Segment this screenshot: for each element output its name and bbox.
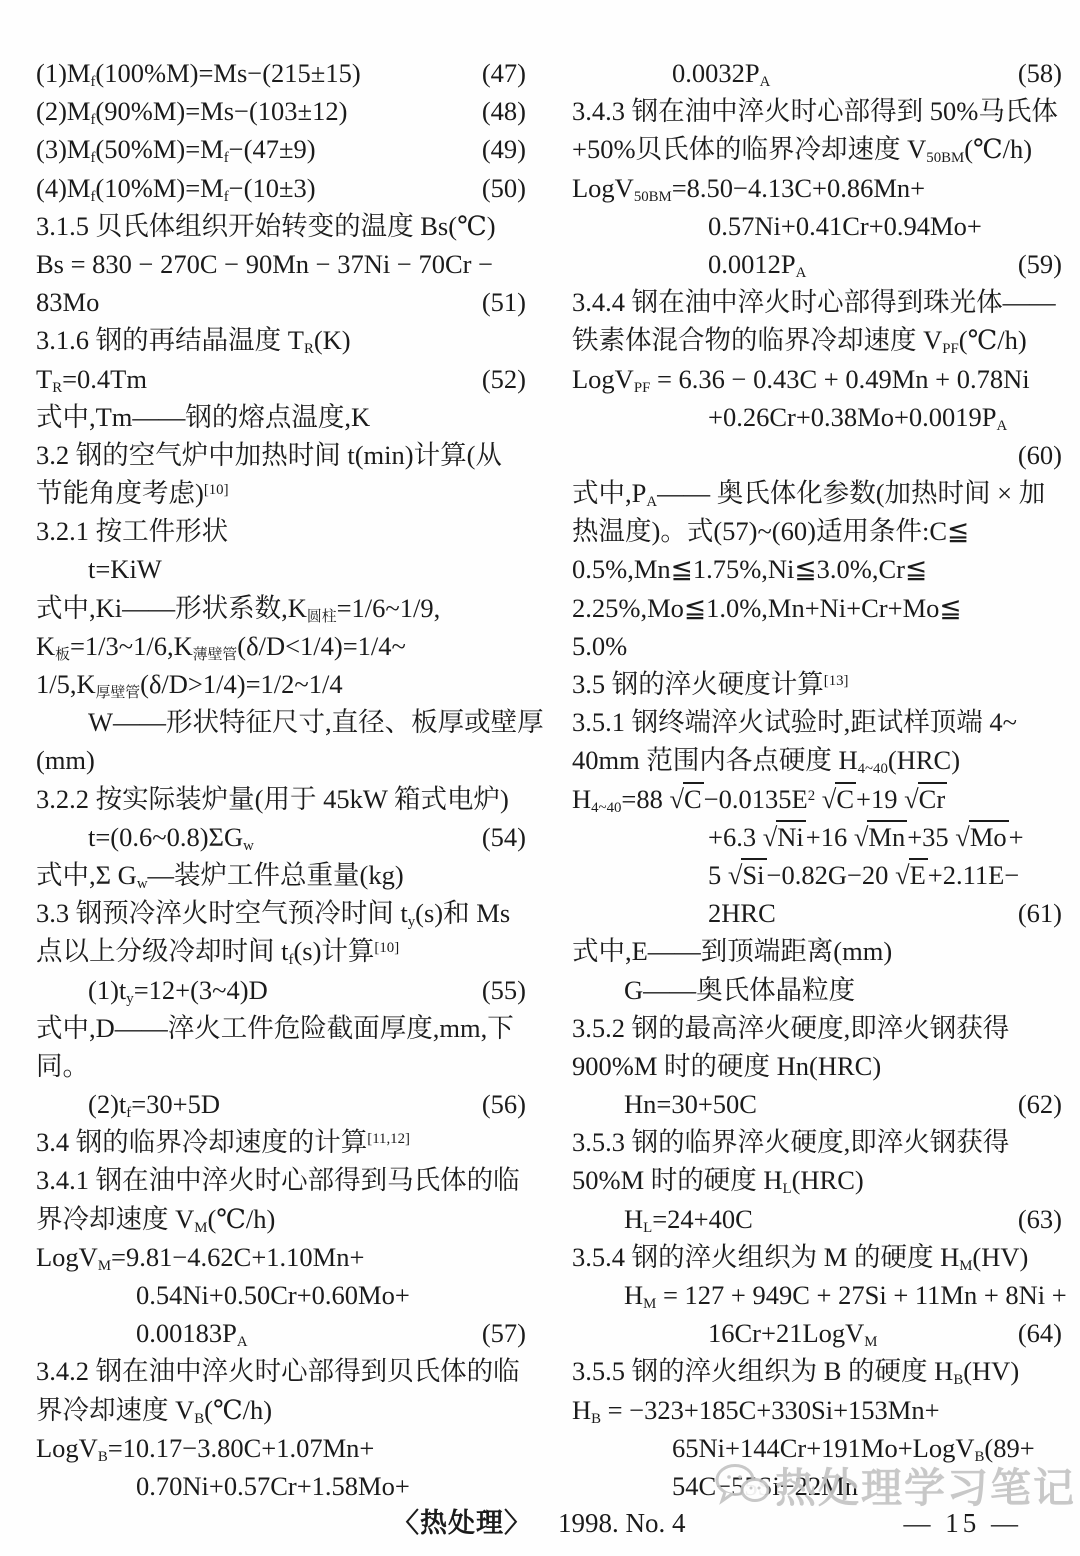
formula-text: LogVM=9.81−4.62C+1.10Mn+ — [36, 1238, 364, 1276]
text-line: 节能角度考虑)[10] — [36, 474, 526, 512]
text-line: t=KiW — [36, 550, 526, 588]
equation-number: (60) — [1010, 436, 1062, 474]
text-line: 式中,Ki——形状系数,K圆柱=1/6~1/9, — [36, 589, 526, 627]
formula-text: (3)Mf(50%M)=Mf−(47±9) — [36, 130, 316, 168]
formula-text: 式中,E——到顶端距离(mm) — [572, 932, 892, 970]
formula-text: 0.70Ni+0.57Cr+1.58Mo+ — [136, 1467, 410, 1505]
right-column: 0.0032PA(58)3.4.3 钢在油中淬火时心部得到 50%马氏体+50%… — [572, 54, 1062, 1505]
text-line: 式中,Σ Gw—装炉工件总重量(kg) — [36, 856, 526, 894]
formula-text: 3.4.4 钢在油中淬火时心部得到珠光体—— — [572, 283, 1056, 321]
text-line: 3.1.6 钢的再结晶温度 TR(K) — [36, 321, 526, 359]
equation-number: (48) — [474, 92, 526, 130]
formula-text: 铁素体混合物的临界冷却速度 VPF(℃/h) — [572, 321, 1027, 359]
text-line: 65Ni+144Cr+191Mo+LogVB(89+ — [572, 1429, 1062, 1467]
formula-text: 式中,Σ Gw—装炉工件总重量(kg) — [36, 856, 404, 894]
formula-text: (2)tf=30+5D — [88, 1085, 220, 1123]
text-line: LogV50BM=8.50−4.13C+0.86Mn+ — [572, 169, 1062, 207]
text-line: G——奥氏体晶粒度 — [572, 971, 1062, 1009]
page-body: (1)Mf(100%M)=Ms−(215±15)(47)(2)Mf(90%M)=… — [0, 0, 1080, 1505]
formula-text: Hn=30+50C — [624, 1085, 757, 1123]
formula-text: 3.5.4 钢的淬火组织为 M 的硬度 HM(HV) — [572, 1238, 1028, 1276]
formula-text: +6.3 √Ni+16 √Mn+35 √Mo+ — [708, 818, 1024, 856]
text-line: HL=24+40C(63) — [572, 1200, 1062, 1238]
text-line: 3.1.5 贝氏体组织开始转变的温度 Bs(℃) — [36, 207, 526, 245]
formula-text: 5.0% — [572, 627, 627, 665]
text-line: 54C−55Si−22Mn — [572, 1467, 1062, 1505]
formula-text: 3.5.1 钢终端淬火试验时,距试样顶端 4~ — [572, 703, 1017, 741]
formula-text: 式中,Ki——形状系数,K圆柱=1/6~1/9, — [36, 589, 440, 627]
text-line: 1/5,K厚壁管(δ/D>1/4)=1/2~1/4 — [36, 665, 526, 703]
text-line: 0.70Ni+0.57Cr+1.58Mo+ — [36, 1467, 526, 1505]
text-line: 0.00183PA(57) — [36, 1314, 526, 1352]
text-line: 式中,D——淬火工件危险截面厚度,mm,下 — [36, 1009, 526, 1047]
text-line: (2)tf=30+5D(56) — [36, 1085, 526, 1123]
formula-text: t=(0.6~0.8)ΣGw — [88, 818, 254, 856]
text-line: +0.26Cr+0.38Mo+0.0019PA — [572, 398, 1062, 436]
text-line: +6.3 √Ni+16 √Mn+35 √Mo+ — [572, 818, 1062, 856]
formula-text: 0.54Ni+0.50Cr+0.60Mo+ — [136, 1276, 410, 1314]
formula-text: HM = 127 + 949C + 27Si + 11Mn + 8Ni + — [624, 1276, 1067, 1314]
formula-text: 54C−55Si−22Mn — [672, 1467, 858, 1505]
equation-number: (61) — [1010, 894, 1062, 932]
formula-text: 同。 — [36, 1047, 89, 1085]
formula-text: 点以上分级冷却时间 tf(s)计算[10] — [36, 932, 399, 970]
text-line: LogVPF = 6.36 − 0.43C + 0.49Mn + 0.78Ni — [572, 360, 1062, 398]
formula-text: 3.2 钢的空气炉中加热时间 t(min)计算(从 — [36, 436, 502, 474]
text-line: 16Cr+21LogVM(64) — [572, 1314, 1062, 1352]
text-line: Bs = 830 − 270C − 90Mn − 37Ni − 70Cr − — [36, 245, 526, 283]
formula-text: 3.2.2 按实际装炉量(用于 45kW 箱式电炉) — [36, 780, 509, 818]
equation-number: (63) — [1010, 1200, 1062, 1238]
formula-text: LogVPF = 6.36 − 0.43C + 0.49Mn + 0.78Ni — [572, 360, 1030, 398]
formula-text: 0.57Ni+0.41Cr+0.94Mo+ — [708, 207, 982, 245]
equation-number: (64) — [1010, 1314, 1062, 1352]
page-footer: 〈热处理〉 1998. No. 4 — 15 — — [0, 1501, 1080, 1540]
text-line: 40mm 范围内各点硬度 H4~40(HRC) — [572, 741, 1062, 779]
formula-text: 界冷却速度 VB(℃/h) — [36, 1391, 272, 1429]
text-line: 3.4.4 钢在油中淬火时心部得到珠光体—— — [572, 283, 1062, 321]
equation-number: (59) — [1010, 245, 1062, 283]
text-line: 3.5 钢的淬火硬度计算[13] — [572, 665, 1062, 703]
formula-text: 节能角度考虑)[10] — [36, 474, 229, 512]
formula-text: 65Ni+144Cr+191Mo+LogVB(89+ — [672, 1429, 1035, 1467]
formula-text: 3.4.2 钢在油中淬火时心部得到贝氏体的临 — [36, 1352, 520, 1390]
formula-text: 16Cr+21LogVM — [708, 1314, 877, 1352]
formula-text: (4)Mf(10%M)=Mf−(10±3) — [36, 169, 316, 207]
formula-text: (2)Mf(90%M)=Ms−(103±12) — [36, 92, 347, 130]
text-line: 点以上分级冷却时间 tf(s)计算[10] — [36, 932, 526, 970]
text-line: K板=1/3~1/6,K薄壁管(δ/D<1/4)=1/4~ — [36, 627, 526, 665]
page-number: — 15 — — [904, 1508, 1023, 1539]
text-line: 界冷却速度 VB(℃/h) — [36, 1391, 526, 1429]
text-line: 3.3 钢预冷淬火时空气预冷时间 ty(s)和 Ms — [36, 894, 526, 932]
formula-text: 5 √Si−0.82G−20 √E+2.11E− — [708, 856, 1019, 894]
text-line: TR=0.4Tm(52) — [36, 360, 526, 398]
equation-number: (57) — [474, 1314, 526, 1352]
text-line: LogVM=9.81−4.62C+1.10Mn+ — [36, 1238, 526, 1276]
formula-text: 0.0032PA — [672, 54, 770, 92]
text-line: 3.4 钢的临界冷却速度的计算[11,12] — [36, 1123, 526, 1161]
text-line: 5.0% — [572, 627, 1062, 665]
text-line: 式中,E——到顶端距离(mm) — [572, 932, 1062, 970]
formula-text: 式中,D——淬火工件危险截面厚度,mm,下 — [36, 1009, 514, 1047]
formula-text: 热温度)。式(57)~(60)适用条件:C≦ — [572, 512, 969, 550]
text-line: (1)ty=12+(3~4)D(55) — [36, 971, 526, 1009]
formula-text: +50%贝氏体的临界冷却速度 V50BM(℃/h) — [572, 130, 1032, 168]
text-line: 2HRC(61) — [572, 894, 1062, 932]
text-line: H4~40=88 √C−0.0135E2 √C+19 √Cr — [572, 780, 1062, 818]
text-line: 式中,PA—— 奥氏体化参数(加热时间 × 加 — [572, 474, 1062, 512]
formula-text: W——形状特征尺寸,直径、板厚或壁厚 — [88, 703, 544, 741]
text-line: 0.54Ni+0.50Cr+0.60Mo+ — [36, 1276, 526, 1314]
formula-text: 式中,PA—— 奥氏体化参数(加热时间 × 加 — [572, 474, 1045, 512]
formula-text: 3.5 钢的淬火硬度计算[13] — [572, 665, 848, 703]
formula-text: 3.4.1 钢在油中淬火时心部得到马氏体的临 — [36, 1161, 520, 1199]
text-line: 3.2.1 按工件形状 — [36, 512, 526, 550]
formula-text: 83Mo — [36, 283, 99, 321]
formula-text: +0.26Cr+0.38Mo+0.0019PA — [708, 398, 1007, 436]
text-line: (3)Mf(50%M)=Mf−(47±9)(49) — [36, 130, 526, 168]
formula-text: 0.00183PA — [136, 1314, 248, 1352]
formula-text: 3.4.3 钢在油中淬火时心部得到 50%马氏体 — [572, 92, 1058, 130]
formula-text: 3.5.5 钢的淬火组织为 B 的硬度 HB(HV) — [572, 1352, 1019, 1390]
text-line: (60) — [572, 436, 1062, 474]
text-line: (4)Mf(10%M)=Mf−(10±3)(50) — [36, 169, 526, 207]
text-line: +50%贝氏体的临界冷却速度 V50BM(℃/h) — [572, 130, 1062, 168]
formula-text: 3.4 钢的临界冷却速度的计算[11,12] — [36, 1123, 410, 1161]
formula-text: 界冷却速度 VM(℃/h) — [36, 1200, 275, 1238]
formula-text: K板=1/3~1/6,K薄壁管(δ/D<1/4)=1/4~ — [36, 627, 406, 665]
formula-text: H4~40=88 √C−0.0135E2 √C+19 √Cr — [572, 780, 947, 818]
formula-text: 1/5,K厚壁管(δ/D>1/4)=1/2~1/4 — [36, 665, 343, 703]
text-line: 5 √Si−0.82G−20 √E+2.11E− — [572, 856, 1062, 894]
text-line: (2)Mf(90%M)=Ms−(103±12)(48) — [36, 92, 526, 130]
formula-text: 3.5.3 钢的临界淬火硬度,即淬火钢获得 — [572, 1123, 1009, 1161]
formula-text: G——奥氏体晶粒度 — [624, 971, 855, 1009]
text-line: HB = −323+185C+330Si+153Mn+ — [572, 1391, 1062, 1429]
text-line: 3.2.2 按实际装炉量(用于 45kW 箱式电炉) — [36, 780, 526, 818]
formula-text: 3.3 钢预冷淬火时空气预冷时间 ty(s)和 Ms — [36, 894, 510, 932]
formula-text: TR=0.4Tm — [36, 360, 147, 398]
formula-text: 3.1.6 钢的再结晶温度 TR(K) — [36, 321, 351, 359]
formula-text: (1)Mf(100%M)=Ms−(215±15) — [36, 54, 361, 92]
formula-text: LogVB=10.17−3.80C+1.07Mn+ — [36, 1429, 374, 1467]
formula-text: (1)ty=12+(3~4)D — [88, 971, 268, 1009]
formula-text: LogV50BM=8.50−4.13C+0.86Mn+ — [572, 169, 925, 207]
text-line: 900%M 时的硬度 Hn(HRC) — [572, 1047, 1062, 1085]
text-line: HM = 127 + 949C + 27Si + 11Mn + 8Ni + — [572, 1276, 1062, 1314]
text-line: 3.4.3 钢在油中淬火时心部得到 50%马氏体 — [572, 92, 1062, 130]
equation-number: (52) — [474, 360, 526, 398]
text-line: 0.0012PA(59) — [572, 245, 1062, 283]
text-line: 50%M 时的硬度 HL(HRC) — [572, 1161, 1062, 1199]
equation-number: (51) — [474, 283, 526, 321]
text-line: 3.4.2 钢在油中淬火时心部得到贝氏体的临 — [36, 1352, 526, 1390]
text-line: 铁素体混合物的临界冷却速度 VPF(℃/h) — [572, 321, 1062, 359]
formula-text: t=KiW — [88, 550, 162, 588]
text-line: 2.25%,Mo≦1.0%,Mn+Ni+Cr+Mo≦ — [572, 589, 1062, 627]
formula-text: 50%M 时的硬度 HL(HRC) — [572, 1161, 864, 1199]
text-line: 0.5%,Mn≦1.75%,Ni≦3.0%,Cr≦ — [572, 550, 1062, 588]
text-line: 3.5.2 钢的最高淬火硬度,即淬火钢获得 — [572, 1009, 1062, 1047]
formula-text: HL=24+40C — [624, 1200, 753, 1238]
formula-text: 式中,Tm——钢的熔点温度,K — [36, 398, 370, 436]
left-column: (1)Mf(100%M)=Ms−(215±15)(47)(2)Mf(90%M)=… — [36, 54, 526, 1505]
equation-number: (50) — [474, 169, 526, 207]
text-line: 同。 — [36, 1047, 526, 1085]
formula-text: Bs = 830 − 270C − 90Mn − 37Ni − 70Cr − — [36, 245, 493, 283]
text-line: 式中,Tm——钢的熔点温度,K — [36, 398, 526, 436]
text-line: 热温度)。式(57)~(60)适用条件:C≦ — [572, 512, 1062, 550]
text-line: 3.5.5 钢的淬火组织为 B 的硬度 HB(HV) — [572, 1352, 1062, 1390]
equation-number: (54) — [474, 818, 526, 856]
text-line: 3.5.1 钢终端淬火试验时,距试样顶端 4~ — [572, 703, 1062, 741]
equation-number: (47) — [474, 54, 526, 92]
equation-number: (55) — [474, 971, 526, 1009]
text-line: 3.4.1 钢在油中淬火时心部得到马氏体的临 — [36, 1161, 526, 1199]
formula-text: 3.1.5 贝氏体组织开始转变的温度 Bs(℃) — [36, 207, 496, 245]
text-line: LogVB=10.17−3.80C+1.07Mn+ — [36, 1429, 526, 1467]
issue-label: 1998. No. 4 — [558, 1508, 686, 1539]
text-line: (1)Mf(100%M)=Ms−(215±15)(47) — [36, 54, 526, 92]
equation-number: (56) — [474, 1085, 526, 1123]
formula-text: 2HRC — [708, 894, 776, 932]
formula-text: 2.25%,Mo≦1.0%,Mn+Ni+Cr+Mo≦ — [572, 589, 962, 627]
text-line: 界冷却速度 VM(℃/h) — [36, 1200, 526, 1238]
formula-text: 900%M 时的硬度 Hn(HRC) — [572, 1047, 881, 1085]
formula-text: 0.5%,Mn≦1.75%,Ni≦3.0%,Cr≦ — [572, 550, 927, 588]
formula-text: 3.2.1 按工件形状 — [36, 512, 228, 550]
equation-number: (58) — [1010, 54, 1062, 92]
equation-number: (49) — [474, 130, 526, 168]
formula-text: 40mm 范围内各点硬度 H4~40(HRC) — [572, 741, 960, 779]
text-line: t=(0.6~0.8)ΣGw(54) — [36, 818, 526, 856]
text-line: 0.0032PA(58) — [572, 54, 1062, 92]
equation-number: (62) — [1010, 1085, 1062, 1123]
journal-title: 〈热处理〉 — [392, 1501, 532, 1540]
formula-text: 3.5.2 钢的最高淬火硬度,即淬火钢获得 — [572, 1009, 1009, 1047]
text-line: (mm) — [36, 741, 526, 779]
formula-text: HB = −323+185C+330Si+153Mn+ — [572, 1391, 940, 1429]
text-line: 3.5.3 钢的临界淬火硬度,即淬火钢获得 — [572, 1123, 1062, 1161]
text-line: 3.5.4 钢的淬火组织为 M 的硬度 HM(HV) — [572, 1238, 1062, 1276]
text-line: 0.57Ni+0.41Cr+0.94Mo+ — [572, 207, 1062, 245]
text-line: 3.2 钢的空气炉中加热时间 t(min)计算(从 — [36, 436, 526, 474]
formula-text: (mm) — [36, 741, 95, 779]
text-line: Hn=30+50C(62) — [572, 1085, 1062, 1123]
text-line: W——形状特征尺寸,直径、板厚或壁厚 — [36, 703, 526, 741]
formula-text: 0.0012PA — [708, 245, 806, 283]
text-line: 83Mo(51) — [36, 283, 526, 321]
